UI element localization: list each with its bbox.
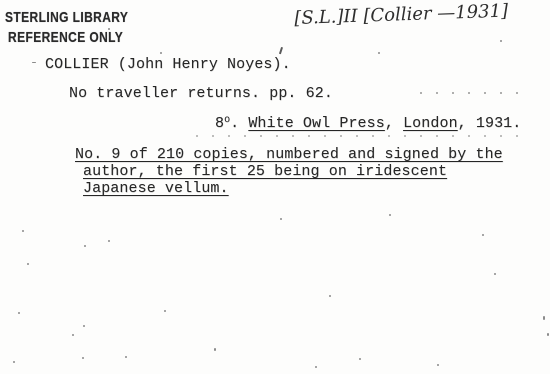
scan-speck — [18, 312, 20, 314]
scan-speck — [72, 334, 74, 336]
scan-speck — [315, 366, 317, 368]
scan-speck — [359, 358, 361, 360]
handwritten-shelfmark: [S.L.]II [Collier —1931] — [294, 1, 508, 29]
scan-speck — [280, 218, 282, 220]
imprint-comma-2: , — [458, 115, 476, 132]
scan-speck — [543, 316, 545, 320]
pen-tick-mark — [279, 47, 283, 54]
scan-speck — [389, 214, 391, 216]
scan-speck — [32, 62, 36, 63]
scan-speck — [84, 245, 86, 247]
author-heading: COLLIER (John Henry Noyes). — [45, 56, 291, 73]
limitation-note-line-3: Japanese vellum. — [83, 180, 229, 197]
scan-speck — [164, 310, 166, 312]
scan-speck — [378, 52, 380, 54]
catalog-card-scan: STERLING LIBRARY REFERENCE ONLY [S.L.]II… — [0, 0, 550, 374]
imprint-comma-1: , — [385, 115, 403, 132]
scan-dot-row — [420, 92, 525, 94]
scan-speck — [160, 52, 162, 54]
scan-speck — [13, 361, 15, 363]
format-number: 8 — [215, 115, 224, 132]
scan-speck — [108, 28, 110, 30]
title-line: No traveller returns. pp. 62. — [69, 85, 333, 102]
place-name: London — [403, 115, 458, 132]
limitation-note-line-1: No. 9 of 210 copies, numbered and signed… — [75, 146, 503, 163]
scan-speck — [494, 273, 496, 275]
scan-speck — [500, 40, 502, 42]
limitation-note-line-2: author, the first 25 being on iridescent — [83, 163, 447, 180]
scan-speck — [22, 230, 24, 232]
imprint-separator: . — [230, 115, 248, 132]
scan-speck — [547, 333, 549, 336]
imprint-year: 1931. — [476, 115, 522, 132]
imprint-line: 8o. White Owl Press, London, 1931. — [215, 112, 521, 132]
scan-speck — [125, 356, 127, 358]
library-stamp-line-2: REFERENCE ONLY — [8, 29, 123, 46]
scan-speck — [27, 263, 29, 265]
scan-speck — [83, 325, 85, 327]
scan-speck — [329, 295, 331, 297]
scan-speck — [482, 234, 484, 236]
publisher-name: White Owl Press — [248, 115, 385, 132]
scan-speck — [437, 364, 439, 366]
library-stamp-line-1: STERLING LIBRARY — [5, 9, 128, 26]
scan-speck — [82, 357, 84, 359]
scan-dot-row — [196, 135, 526, 137]
scan-speck — [108, 240, 110, 242]
scan-speck — [214, 348, 216, 351]
